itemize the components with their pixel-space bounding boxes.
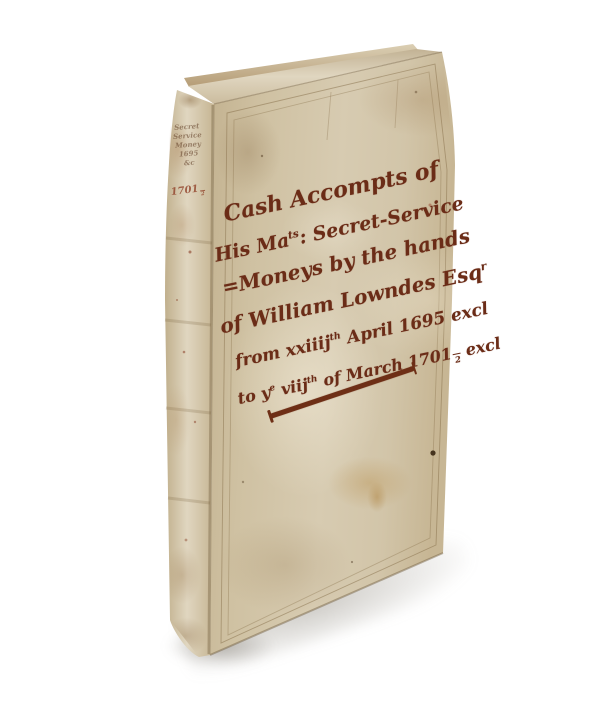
spine-label: Secret Service Money 1695 &c [164, 121, 211, 169]
tie-hole [430, 450, 435, 455]
photo-stage: Secret Service Money 1695 &c 17012 Cash … [0, 0, 600, 710]
